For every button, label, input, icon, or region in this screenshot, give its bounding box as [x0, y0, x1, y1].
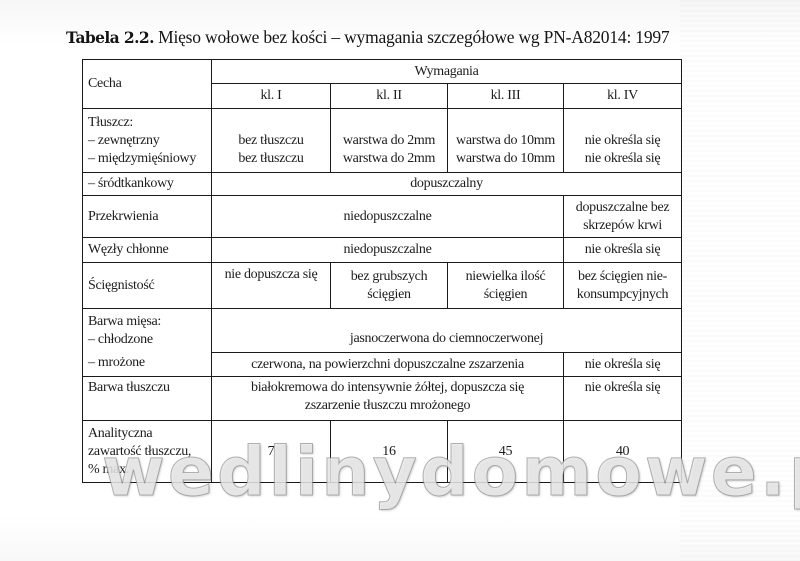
feature-line: – mrożone	[88, 354, 207, 372]
value-line: białokremowa do intensywnie żółtej, dopu…	[216, 379, 559, 397]
cell-fat-class-3: warstwa do 10mm warstwa do 10mm	[448, 109, 564, 173]
header-class-1: kl. I	[212, 84, 331, 109]
feature-meat-color: Barwa mięsa: – chłodzone – mrożone	[83, 309, 212, 377]
feature-line: zawartość tłuszczu,	[88, 443, 207, 461]
cell-meat-color-frozen-classes-1-3: czerwona, na powierzchni dopuszczalne zs…	[212, 353, 564, 377]
header-row: Cecha Wymagania	[83, 60, 682, 84]
feature-line: – zewnętrzny	[88, 132, 207, 150]
cell-tendons-class-3: niewielka ilość ścięgien	[448, 263, 564, 309]
table-row-congestion: Przekrwienia niedopuszczalne dopuszczaln…	[83, 196, 682, 238]
header-feature: Cecha	[83, 60, 212, 109]
table-caption: Tabela 2.2. Mięso wołowe bez kości – wym…	[66, 27, 669, 48]
caption-label: Tabela 2.2.	[66, 28, 154, 47]
value-external: warstwa do 2mm	[335, 132, 443, 150]
feature-line: % max.	[88, 461, 207, 479]
cell-lymph-classes-1-3: niedopuszczalne	[212, 238, 564, 263]
value-external: nie określa się	[568, 132, 677, 150]
feature-line: – międzymięśniowy	[88, 150, 207, 168]
cell-fat-class-1: bez tłuszczu bez tłuszczu	[212, 109, 331, 173]
caption-title: Mięso wołowe bez kości – wymagania szcze…	[158, 27, 669, 47]
cell-fat-content-class-3: 45	[448, 421, 564, 483]
cell-congestion-classes-1-3: niedopuszczalne	[212, 196, 564, 238]
feature-intramuscular: – śródtkankowy	[83, 173, 212, 196]
header-class-3: kl. III	[448, 84, 564, 109]
cell-fat-color-class-4: nie określa się	[564, 377, 682, 421]
value-intermuscular: warstwa do 10mm	[452, 150, 559, 168]
cell-meat-color-frozen-class-4: nie określa się	[564, 353, 682, 377]
value-intermuscular: bez tłuszczu	[216, 150, 326, 168]
cell-fat-class-4: nie określa się nie określa się	[564, 109, 682, 173]
table-row-fat-content: Analityczna zawartość tłuszczu, % max. 7…	[83, 421, 682, 483]
cell-tendons-class-1: nie dopuszcza się	[212, 263, 331, 309]
value-external: warstwa do 10mm	[452, 132, 559, 150]
table-row-lymph-nodes: Węzły chłonne niedopuszczalne nie określ…	[83, 238, 682, 263]
cell-tendons-class-2: bez grubszych ścięgien	[331, 263, 448, 309]
cell-fat-content-class-2: 16	[331, 421, 448, 483]
cell-fat-content-class-1: 7	[212, 421, 331, 483]
value-intermuscular: nie określa się	[568, 150, 677, 168]
feature-fat-color: Barwa tłuszczu	[83, 377, 212, 421]
cell-congestion-class-4: dopuszczalne bez skrzepów krwi	[564, 196, 682, 238]
feature-line: Barwa mięsa:	[88, 313, 207, 331]
cell-lymph-class-4: nie określa się	[564, 238, 682, 263]
header-class-4: kl. IV	[564, 84, 682, 109]
feature-line: Analityczna	[88, 425, 207, 443]
header-class-2: kl. II	[331, 84, 448, 109]
cell-fat-color-classes-1-3: białokremowa do intensywnie żółtej, dopu…	[212, 377, 564, 421]
table-row-meat-color-chilled: Barwa mięsa: – chłodzone – mrożone jasno…	[83, 309, 682, 353]
cell-fat-content-class-4: 40	[564, 421, 682, 483]
table-row-fat: Tłuszcz: – zewnętrzny – międzymięśniowy …	[83, 109, 682, 173]
table-row-intramuscular: – śródtkankowy dopuszczalny	[83, 173, 682, 196]
table-row-fat-color: Barwa tłuszczu białokremowa do intensywn…	[83, 377, 682, 421]
feature-tendons: Ścięgnistość	[83, 263, 212, 309]
feature-line: – chłodzone	[88, 331, 207, 349]
cell-fat-class-2: warstwa do 2mm warstwa do 2mm	[331, 109, 448, 173]
feature-line: Tłuszcz:	[88, 114, 207, 132]
value-line: zszarzenie tłuszczu mrożonego	[216, 397, 559, 415]
requirements-table: Cecha Wymagania kl. I kl. II kl. III kl.…	[82, 59, 682, 483]
feature-lymph-nodes: Węzły chłonne	[83, 238, 212, 263]
header-requirements: Wymagania	[212, 60, 682, 84]
value-intermuscular: warstwa do 2mm	[335, 150, 443, 168]
table-row-tendons: Ścięgnistość nie dopuszcza się bez grubs…	[83, 263, 682, 309]
cell-intramuscular-all: dopuszczalny	[212, 173, 682, 196]
feature-congestion: Przekrwienia	[83, 196, 212, 238]
feature-fat: Tłuszcz: – zewnętrzny – międzymięśniowy	[83, 109, 212, 173]
cell-tendons-class-4: bez ścięgien nie-konsumpcyjnych	[564, 263, 682, 309]
cell-meat-color-chilled-all: jasnoczerwona do ciemnoczerwonej	[212, 309, 682, 353]
value-external: bez tłuszczu	[216, 132, 326, 150]
feature-fat-content: Analityczna zawartość tłuszczu, % max.	[83, 421, 212, 483]
